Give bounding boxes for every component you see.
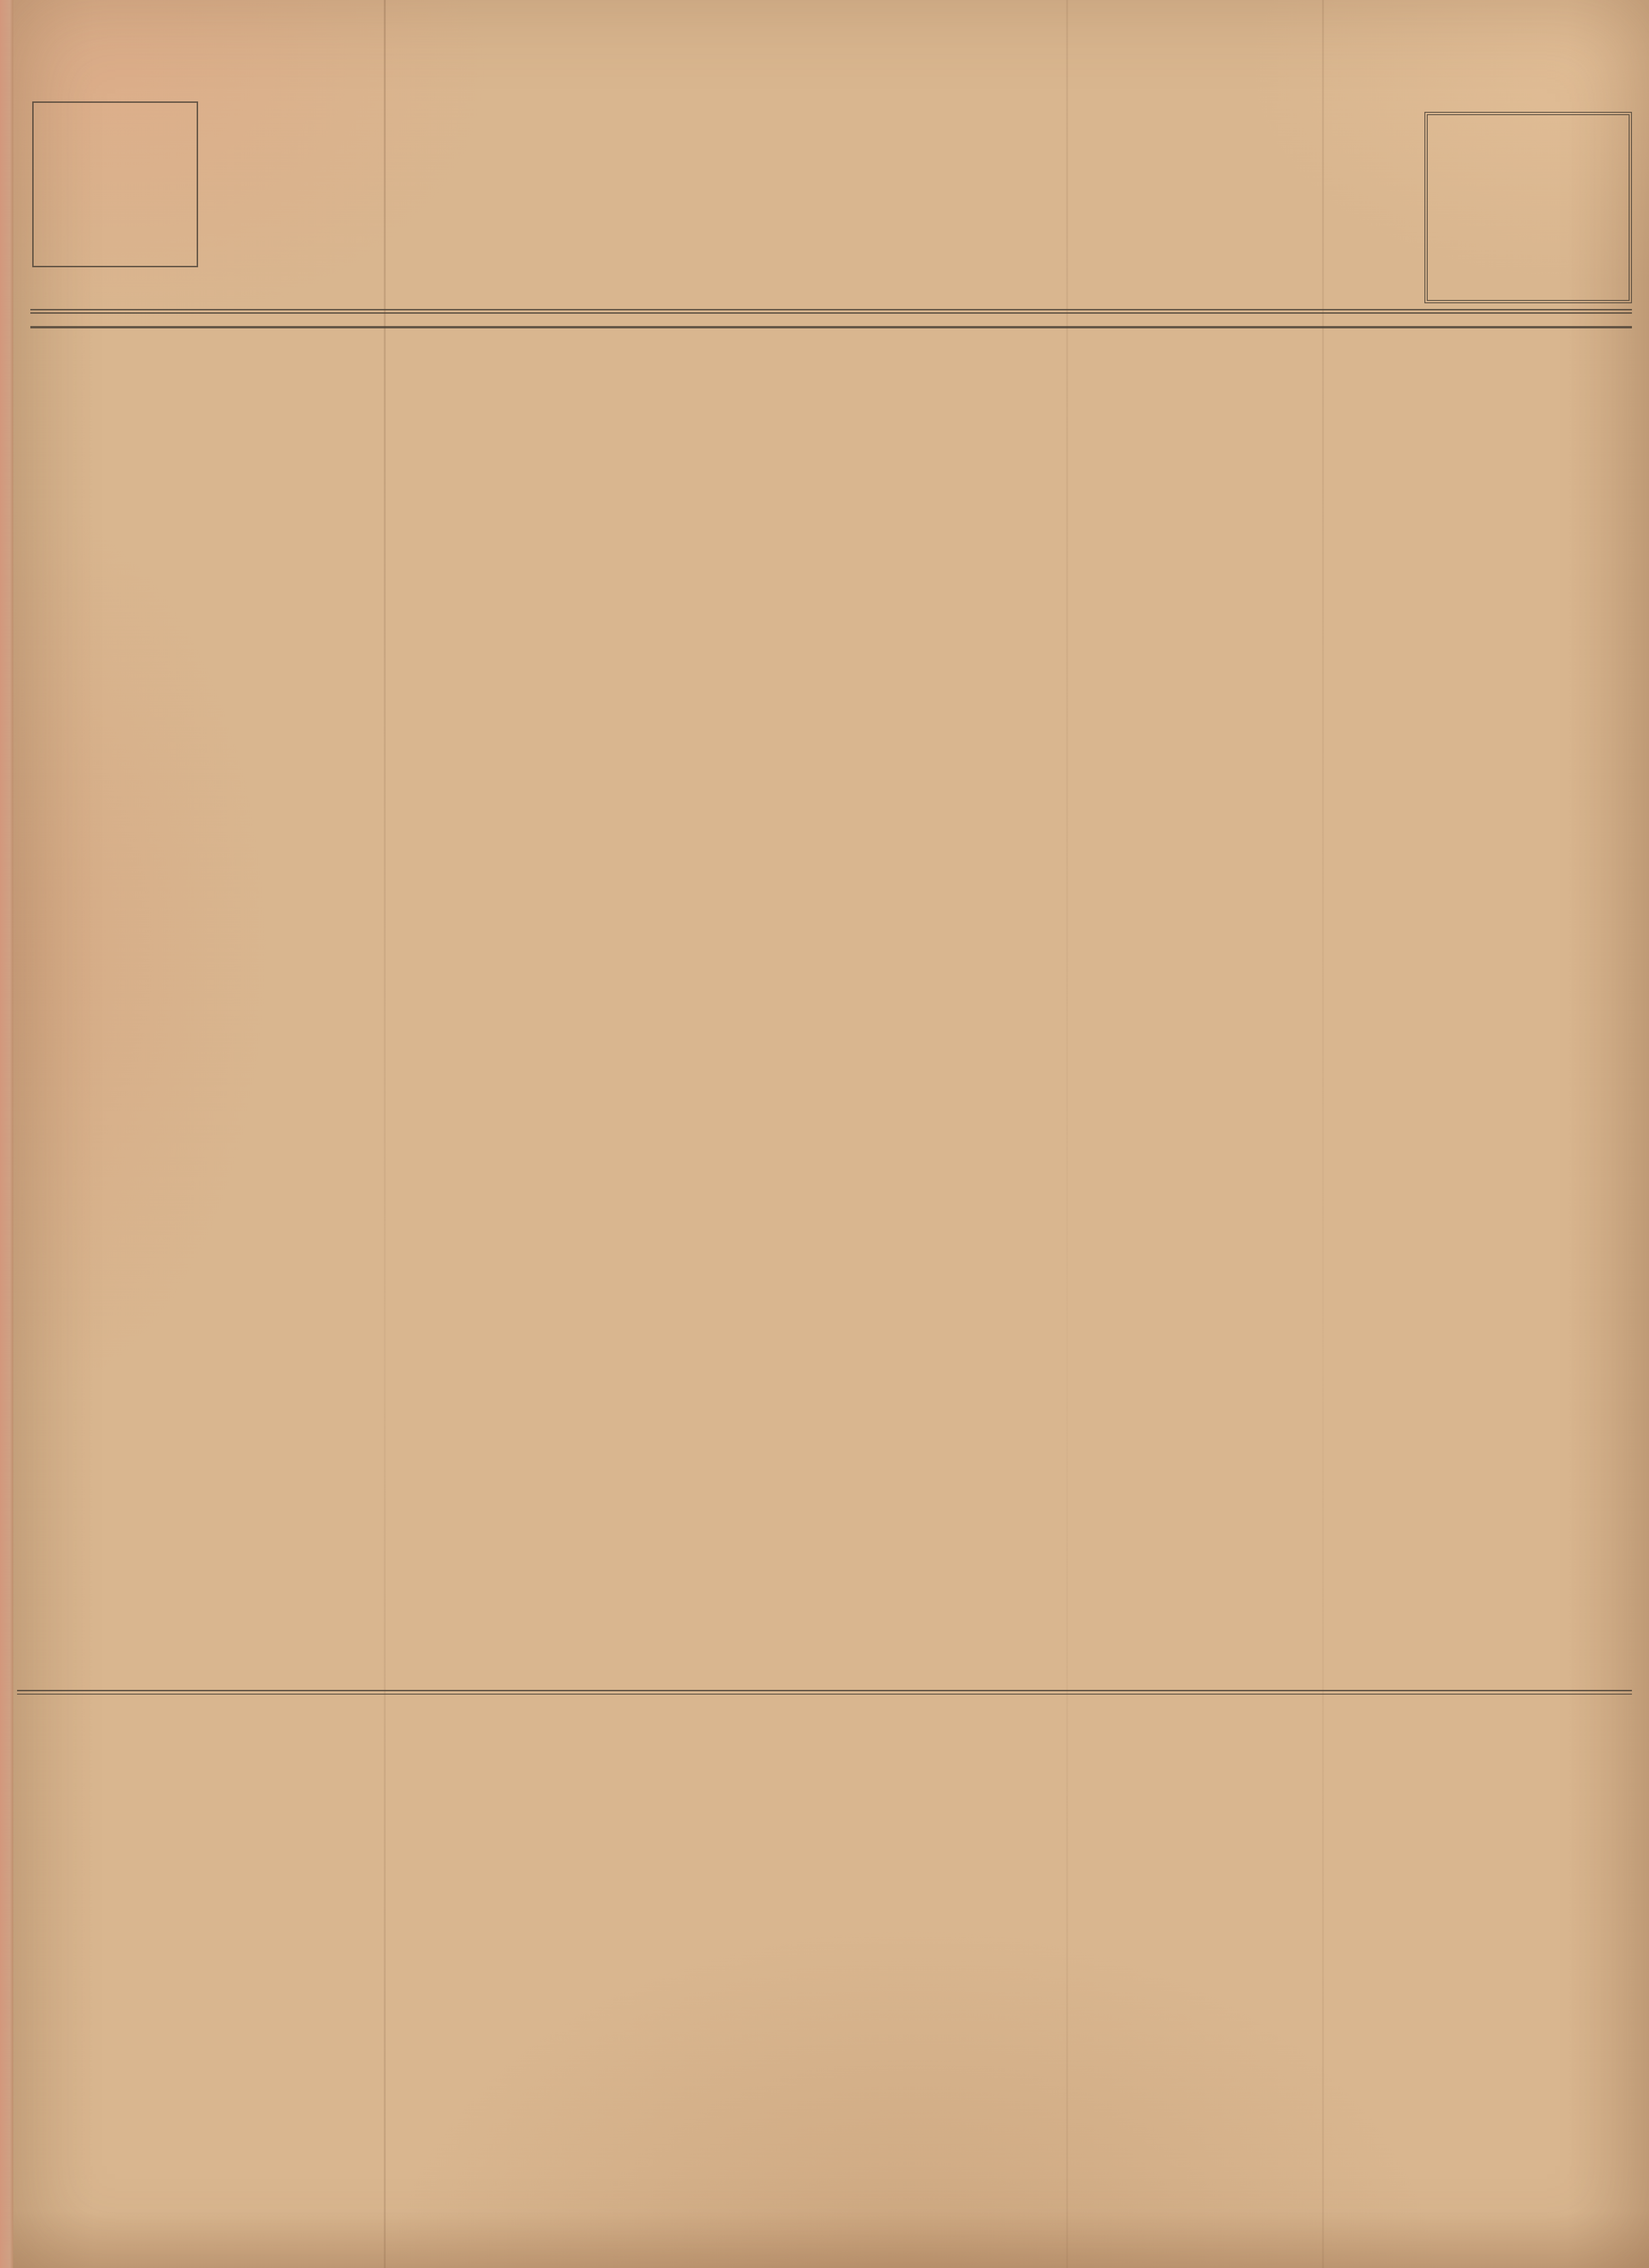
masthead-rule <box>30 309 1632 314</box>
masthead-heavy-rule <box>30 326 1632 328</box>
evening-news-advert-box <box>1424 112 1632 303</box>
body-columns <box>30 332 1630 1686</box>
masthead <box>13 0 1649 328</box>
section-divider-rule <box>17 1690 1632 1695</box>
newspaper-page: { "masthead": { "edition": "MONDAY EDITI… <box>0 0 1649 2268</box>
printing-advert-box <box>32 101 198 267</box>
bottom-columns <box>30 1698 1630 2220</box>
paper-title <box>203 48 1421 73</box>
previous-page-edge <box>0 0 14 2268</box>
